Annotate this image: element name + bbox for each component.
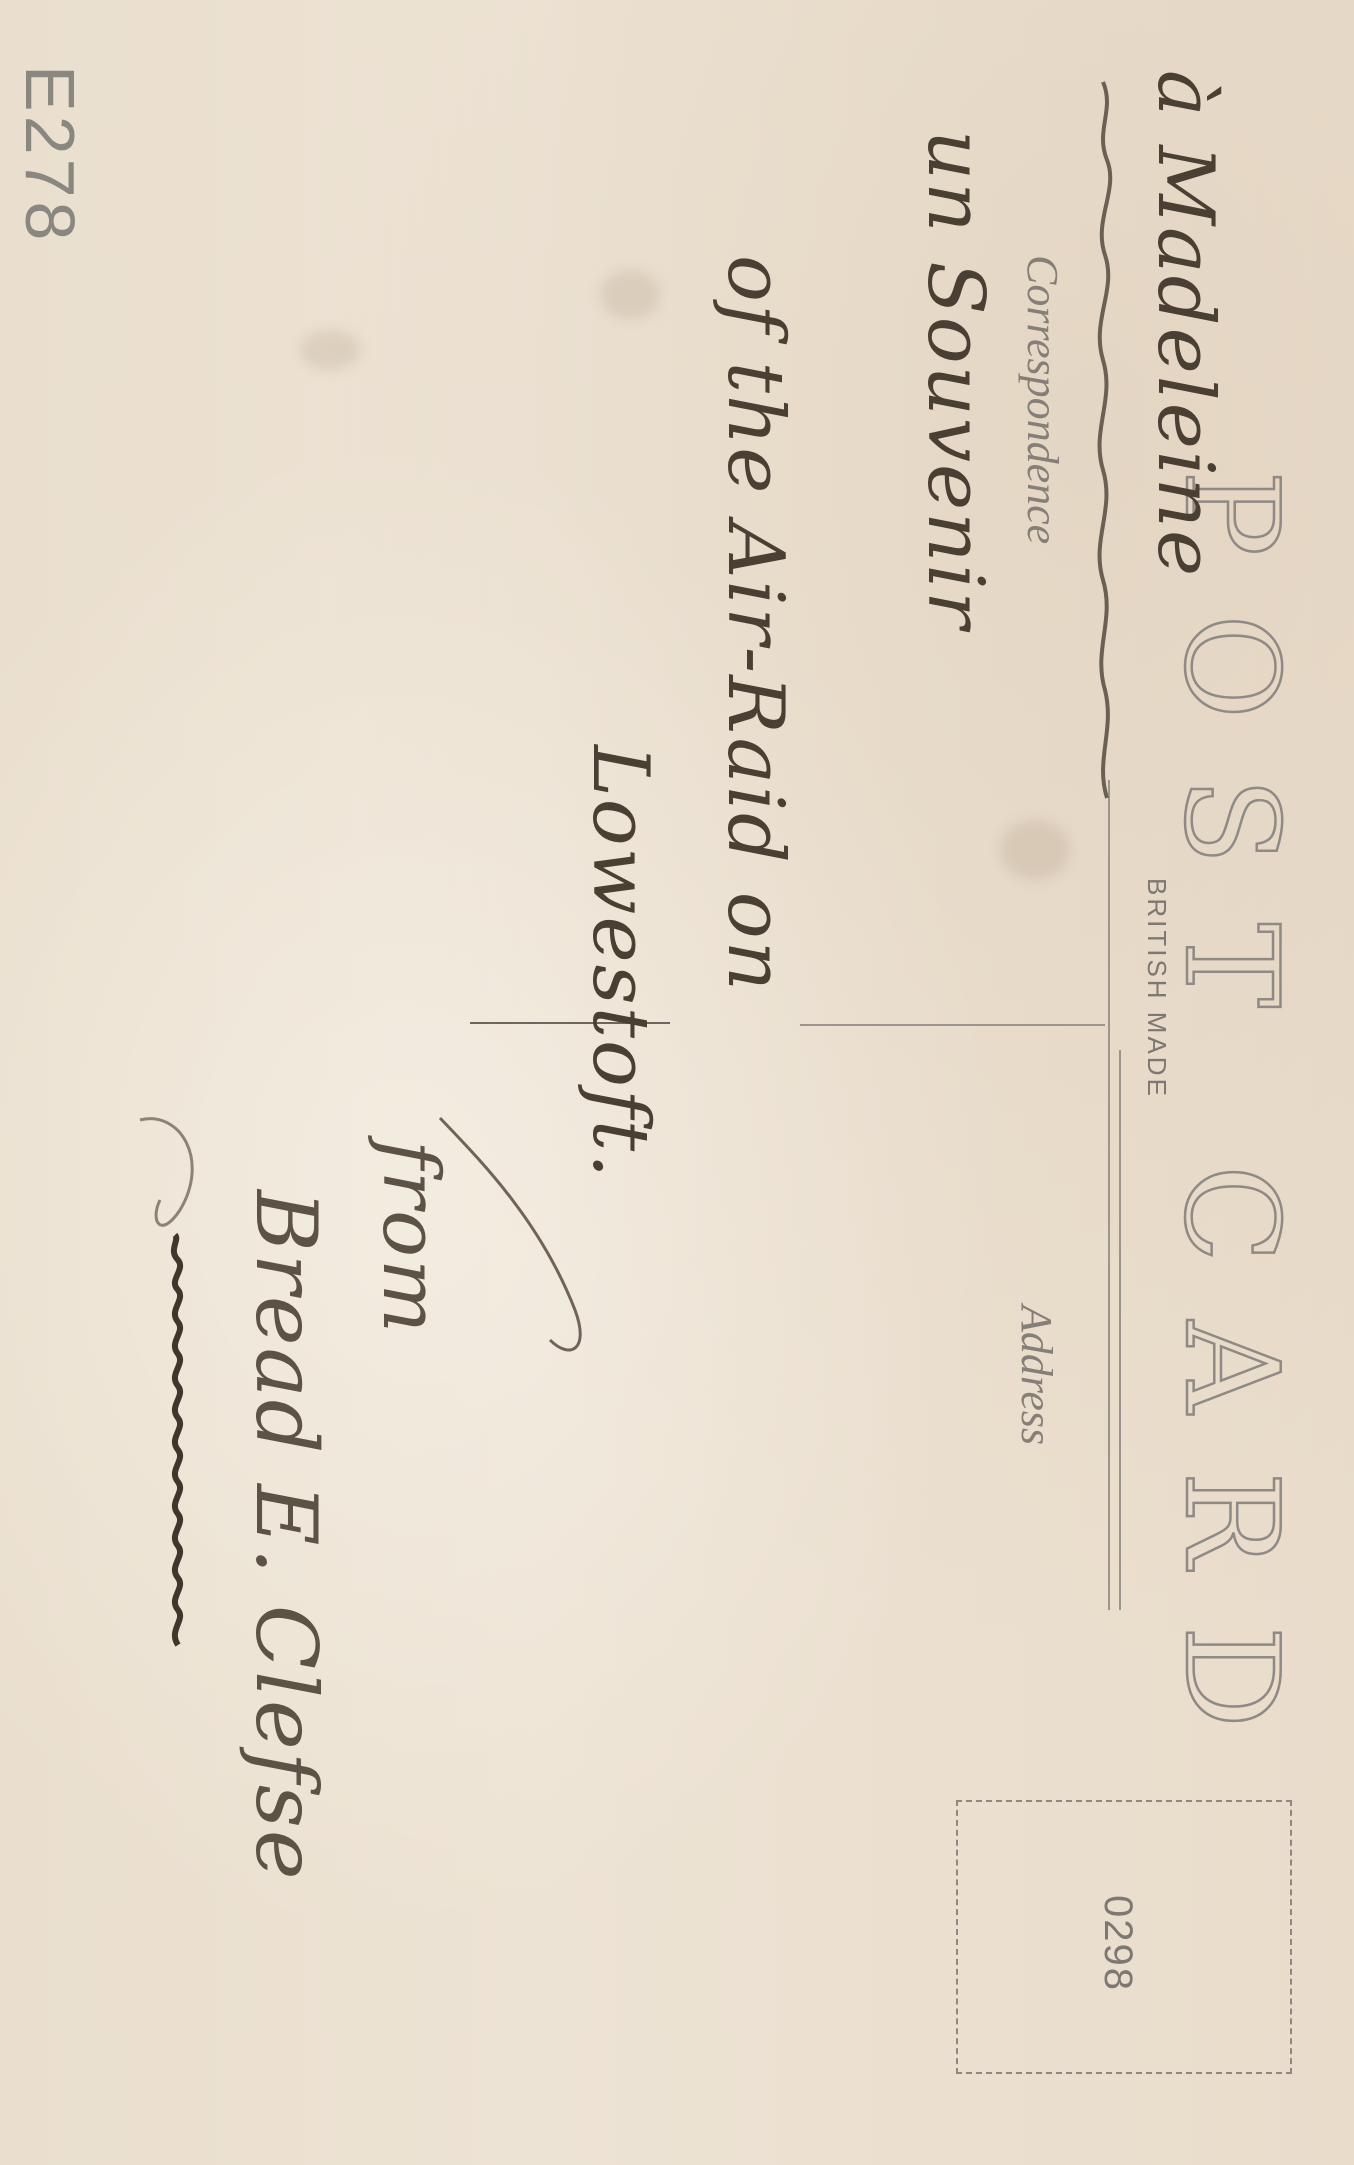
correspondence-label: Correspondence [1017, 255, 1068, 544]
wavy-underline-icon [1085, 80, 1135, 800]
handwritten-line-air-raid: of the Air-Raid on [710, 255, 800, 993]
paper-stain [300, 330, 360, 370]
stamp-box-number: 0298 [1095, 1895, 1140, 1992]
handwritten-line-souvenir: un Souvenir [910, 130, 1000, 631]
address-label: Address [1011, 1305, 1062, 1445]
divider-line-horizontal [800, 1024, 1105, 1026]
signature-flourish-icon [120, 1100, 600, 1850]
postcard-back: POST CARD BRITISH MADE Correspondence Ad… [0, 0, 1354, 2165]
paper-stain [1000, 820, 1070, 880]
post-card-heading: POST CARD [1156, 470, 1305, 1786]
divider-line-vertical-inner [1119, 1050, 1121, 1610]
pencil-catalog-note: E278 [10, 65, 90, 244]
paper-stain [600, 270, 660, 320]
divider-line-vertical [1108, 780, 1110, 1610]
british-made-label: BRITISH MADE [1141, 878, 1172, 1099]
handwritten-greeting: à Madeleine [1140, 70, 1230, 578]
